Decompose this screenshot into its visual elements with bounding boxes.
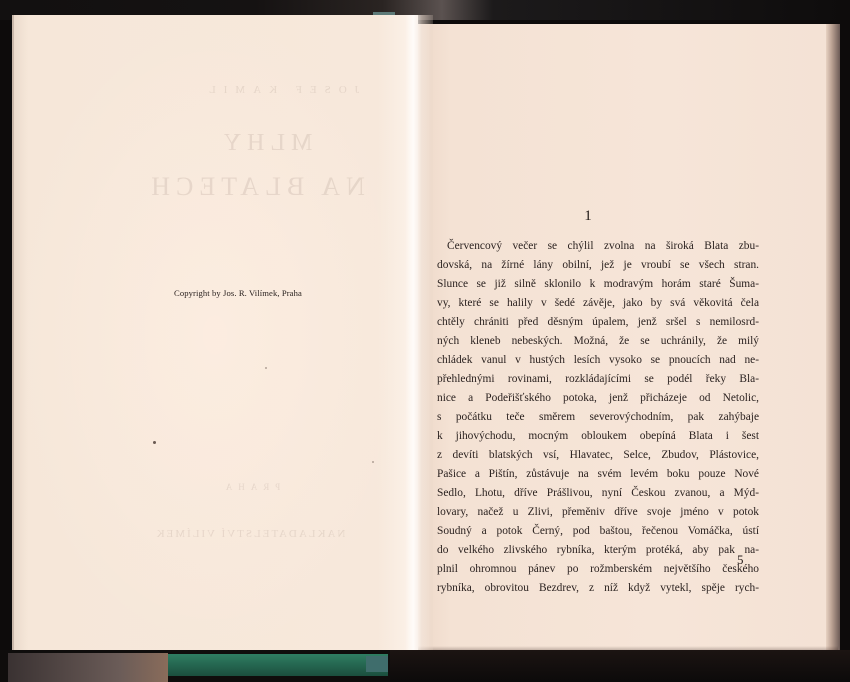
text-line: Sedlo, Lhotu, dříve Prášlivou, nyní Česk… bbox=[437, 484, 759, 503]
text-line: Pašice a Pištín, zůstávuje na svém levém… bbox=[437, 465, 759, 484]
book-spread-scan: JOSEF KAMIL MLHY NA BLATECH PRAHA NAKLAD… bbox=[0, 0, 850, 682]
cover-edge-chip bbox=[366, 656, 388, 672]
copyright-notice: Copyright by Jos. R. Vilímek, Praha bbox=[174, 288, 334, 298]
show-through-publisher-small: PRAHA bbox=[210, 482, 290, 492]
text-line: nice a Podeřišťského potoka, jenž přichá… bbox=[437, 389, 759, 408]
text-line: rybníka, obrovitou Bezdrev, z níž když v… bbox=[437, 579, 759, 598]
text-line: z devíti blatských vsí, Hlavatec, Selce,… bbox=[437, 446, 759, 465]
paper-speck bbox=[265, 367, 267, 369]
show-through-author: JOSEF KAMIL bbox=[180, 84, 380, 96]
text-line: s počátku teče směrem severovýchodním, p… bbox=[437, 408, 759, 427]
paper-speck bbox=[372, 461, 374, 463]
chapter-body-text: Červencový večer se chýlil zvolna na šir… bbox=[437, 237, 759, 598]
text-line: Slunce se již silně sklonilo k modravým … bbox=[437, 275, 759, 294]
show-through-title-line-2: NA BLATECH bbox=[120, 172, 390, 202]
text-line: přehlednými rovinami, rozkládajícími se … bbox=[437, 370, 759, 389]
left-page bbox=[12, 15, 418, 655]
text-line: Soudný a potok Černý, pod baštou, řečeno… bbox=[437, 522, 759, 541]
text-line: dovská, na žírné lány obilní, jež je vro… bbox=[437, 256, 759, 275]
paper-speck bbox=[153, 441, 156, 444]
text-line: plnil ohromnou pánev po rožmberském nejv… bbox=[437, 560, 759, 579]
page-shadow bbox=[390, 650, 850, 682]
text-line: chládek vanul v hustých lesích vysoko se… bbox=[437, 351, 759, 370]
bottom-background-strip bbox=[0, 650, 850, 682]
text-line: Červencový večer se chýlil zvolna na šir… bbox=[437, 237, 759, 256]
right-page-edge bbox=[826, 24, 840, 656]
page-number: 5 bbox=[737, 552, 744, 568]
text-line: do velkého zlivského rybníka, kterým pro… bbox=[437, 541, 759, 560]
text-line: lovary, načež u Zlivi, přeměniv dříve sv… bbox=[437, 503, 759, 522]
text-line: k jihovýchodu, mocným obloukem obepíná B… bbox=[437, 427, 759, 446]
text-line: chtěly chrániti před děsným úpalem, jenž… bbox=[437, 313, 759, 332]
text-line: ných kleneb nebeských. Možná, že se uchr… bbox=[437, 332, 759, 351]
book-cover-edge bbox=[168, 654, 388, 676]
chapter-number: 1 bbox=[578, 208, 598, 225]
table-surface bbox=[8, 653, 168, 682]
text-line: vy, které se halily v šedé závěje, jako … bbox=[437, 294, 759, 313]
book-gutter bbox=[405, 15, 433, 655]
show-through-title-line-1: MLHY bbox=[195, 130, 335, 157]
show-through-publisher-line: NAKLADATELSTVÍ VILÍMEK bbox=[120, 528, 380, 540]
